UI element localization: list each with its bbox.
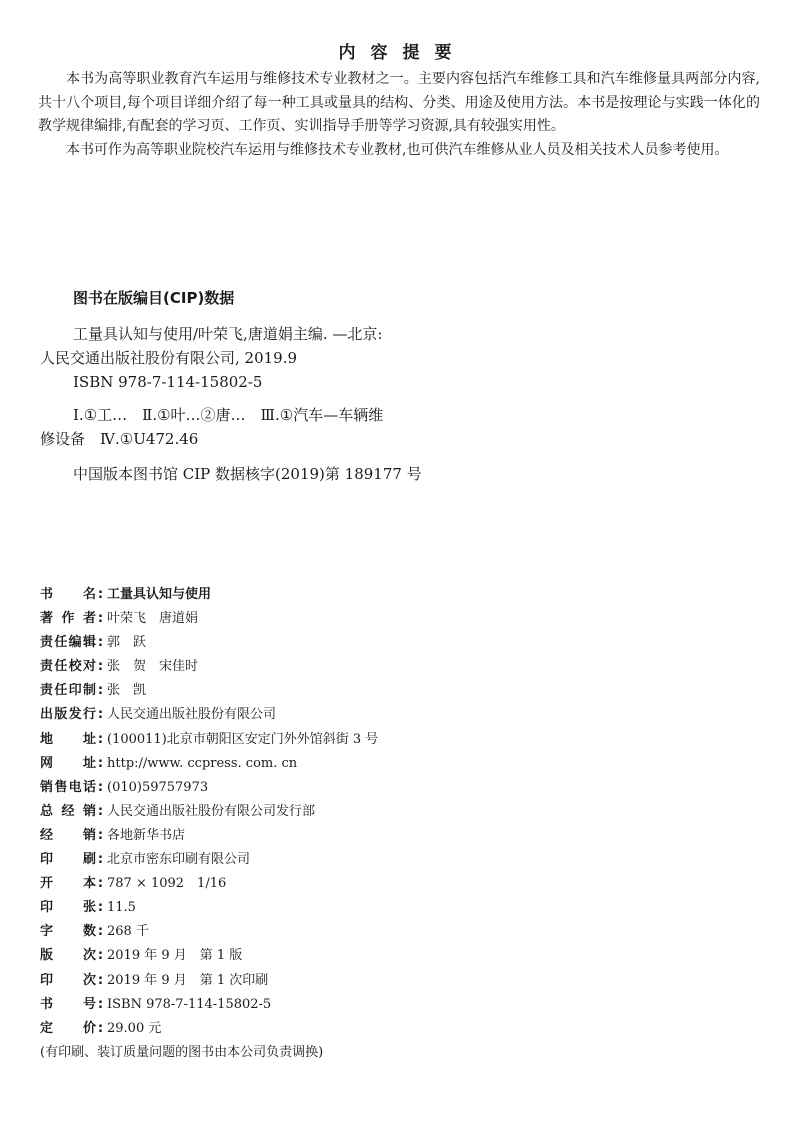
imprint-label-char: 书 bbox=[40, 583, 53, 607]
imprint-colon: : bbox=[96, 944, 105, 968]
imprint-value: 11.5 bbox=[105, 896, 136, 920]
imprint-label: 定价 bbox=[40, 1017, 96, 1041]
imprint-value: 2019 年 9 月 第 1 版 bbox=[105, 944, 242, 968]
imprint-row: 开本:787 × 1092 1/16 bbox=[40, 872, 378, 896]
imprint-row: 印刷:北京市密东印刷有限公司 bbox=[40, 848, 378, 872]
imprint-label: 印次 bbox=[40, 969, 96, 993]
cip-publisher-line: 人民交通出版社股份有限公司, 2019.9 bbox=[40, 346, 520, 370]
imprint-colon: : bbox=[96, 800, 105, 824]
imprint-colon: : bbox=[96, 655, 105, 679]
imprint-value: 人民交通出版社股份有限公司 bbox=[105, 703, 276, 727]
imprint-row: 书号:ISBN 978-7-114-15802-5 bbox=[40, 993, 378, 1017]
imprint-label-char: 书 bbox=[40, 993, 53, 1017]
imprint-value: 张 凯 bbox=[105, 679, 146, 703]
imprint-label: 地址 bbox=[40, 728, 96, 752]
imprint-label-char: 责 bbox=[40, 679, 53, 703]
imprint-row: 责任校对:张 贺 宋佳时 bbox=[40, 655, 378, 679]
imprint-value: 郭 跃 bbox=[105, 631, 146, 655]
imprint-label-char: 价 bbox=[83, 1017, 96, 1041]
imprint-label: 经销 bbox=[40, 824, 96, 848]
imprint-label-char: 售 bbox=[54, 776, 67, 800]
abstract-body: 本书为高等职业教育汽车运用与维修技术专业教材之一。主要内容包括汽车维修工具和汽车… bbox=[38, 68, 760, 162]
imprint-colon: : bbox=[96, 896, 105, 920]
imprint-label: 印刷 bbox=[40, 848, 96, 872]
imprint-colon: : bbox=[96, 752, 105, 776]
imprint-colon: : bbox=[96, 728, 105, 752]
imprint-label: 出版发行 bbox=[40, 703, 96, 727]
imprint-value: 北京市密东印刷有限公司 bbox=[105, 848, 250, 872]
imprint-colon: : bbox=[96, 607, 105, 631]
imprint-row: 销售电话:(010)59757973 bbox=[40, 776, 378, 800]
imprint-label-char: 次 bbox=[83, 944, 96, 968]
imprint-value: http://www. ccpress. com. cn bbox=[105, 752, 297, 776]
imprint-row: 责任印制:张 凯 bbox=[40, 679, 378, 703]
imprint-row: 责任编辑:郭 跃 bbox=[40, 631, 378, 655]
imprint-row: 网址:http://www. ccpress. com. cn bbox=[40, 752, 378, 776]
imprint-label: 责任印制 bbox=[40, 679, 96, 703]
imprint-label-char: 销 bbox=[83, 800, 96, 824]
imprint-colon: : bbox=[96, 848, 105, 872]
imprint-label-char: 印 bbox=[40, 969, 53, 993]
imprint-label: 责任校对 bbox=[40, 655, 96, 679]
imprint-list: 书名:工量具认知与使用著作者:叶荣飞 唐道娟责任编辑:郭 跃责任校对:张 贺 宋… bbox=[40, 583, 378, 1065]
imprint-value: ISBN 978-7-114-15802-5 bbox=[105, 993, 271, 1017]
cip-block: 工量具认知与使用/叶荣飞,唐道娟主编. —北京: 人民交通出版社股份有限公司, … bbox=[40, 322, 520, 486]
imprint-label-char: 出 bbox=[40, 703, 53, 727]
imprint-label: 书名 bbox=[40, 583, 96, 607]
imprint-label-char: 经 bbox=[40, 824, 53, 848]
imprint-label-char: 编 bbox=[69, 631, 82, 655]
imprint-label-char: 行 bbox=[83, 703, 96, 727]
abstract-paragraph: 本书可作为高等职业院校汽车运用与维修技术专业教材,也可供汽车维修从业人员及相关技… bbox=[38, 139, 760, 163]
imprint-label-char: 话 bbox=[83, 776, 96, 800]
imprint-label: 网址 bbox=[40, 752, 96, 776]
imprint-row: 著作者:叶荣飞 唐道娟 bbox=[40, 607, 378, 631]
imprint-label-char: 任 bbox=[54, 655, 67, 679]
imprint-label-char: 者 bbox=[83, 607, 96, 631]
imprint-label-char: 总 bbox=[40, 800, 53, 824]
imprint-label-char: 电 bbox=[69, 776, 82, 800]
imprint-label-char: 制 bbox=[83, 679, 96, 703]
imprint-label-char: 责 bbox=[40, 631, 53, 655]
imprint-label-char: 辑 bbox=[83, 631, 96, 655]
imprint-label-char: 名 bbox=[83, 583, 96, 607]
imprint-label-char: 任 bbox=[54, 679, 67, 703]
imprint-label-char: 次 bbox=[83, 969, 96, 993]
imprint-label-char: 字 bbox=[40, 920, 53, 944]
cip-title-line: 工量具认知与使用/叶荣飞,唐道娟主编. —北京: bbox=[40, 322, 520, 346]
imprint-label: 印张 bbox=[40, 896, 96, 920]
imprint-value: 268 千 bbox=[105, 920, 149, 944]
imprint-row: 出版发行:人民交通出版社股份有限公司 bbox=[40, 703, 378, 727]
imprint-label: 销售电话 bbox=[40, 776, 96, 800]
imprint-value: (010)59757973 bbox=[105, 776, 208, 800]
imprint-label-char: 版 bbox=[54, 703, 67, 727]
imprint-row: 总经销:人民交通出版社股份有限公司发行部 bbox=[40, 800, 378, 824]
imprint-colon: : bbox=[96, 703, 105, 727]
quality-guarantee-note: (有印刷、装订质量问题的图书由本公司负责调换) bbox=[40, 1041, 378, 1065]
imprint-label-char: 版 bbox=[40, 944, 53, 968]
imprint-label-char: 数 bbox=[83, 920, 96, 944]
imprint-label-char: 著 bbox=[40, 607, 53, 631]
imprint-label: 字数 bbox=[40, 920, 96, 944]
imprint-label-char: 址 bbox=[83, 728, 96, 752]
imprint-label-char: 印 bbox=[40, 848, 53, 872]
imprint-row: 定价:29.00 元 bbox=[40, 1017, 378, 1041]
imprint-colon: : bbox=[96, 969, 105, 993]
imprint-label: 总经销 bbox=[40, 800, 96, 824]
imprint-label-char: 校 bbox=[69, 655, 82, 679]
imprint-label: 开本 bbox=[40, 872, 96, 896]
imprint-row: 书名:工量具认知与使用 bbox=[40, 583, 378, 607]
imprint-label-char: 发 bbox=[69, 703, 82, 727]
imprint-colon: : bbox=[96, 920, 105, 944]
imprint-colon: : bbox=[96, 631, 105, 655]
imprint-label-char: 销 bbox=[40, 776, 53, 800]
imprint-row: 印次:2019 年 9 月 第 1 次印刷 bbox=[40, 969, 378, 993]
imprint-value: 29.00 元 bbox=[105, 1017, 161, 1041]
imprint-value: 各地新华书店 bbox=[105, 824, 185, 848]
imprint-value: 工量具认知与使用 bbox=[105, 583, 211, 607]
cip-classification-line-cont: 修设备 Ⅳ.①U472.46 bbox=[40, 427, 520, 451]
imprint-label-char: 定 bbox=[40, 1017, 53, 1041]
imprint-row: 版次:2019 年 9 月 第 1 版 bbox=[40, 944, 378, 968]
imprint-colon: : bbox=[96, 776, 105, 800]
imprint-label-char: 责 bbox=[40, 655, 53, 679]
imprint-label-char: 任 bbox=[54, 631, 67, 655]
imprint-label-char: 号 bbox=[83, 993, 96, 1017]
imprint-label-char: 刷 bbox=[83, 848, 96, 872]
imprint-label-char: 对 bbox=[83, 655, 96, 679]
imprint-colon: : bbox=[96, 1017, 105, 1041]
imprint-colon: : bbox=[96, 679, 105, 703]
imprint-value: 2019 年 9 月 第 1 次印刷 bbox=[105, 969, 268, 993]
imprint-label-char: 张 bbox=[83, 896, 96, 920]
imprint-value: 787 × 1092 1/16 bbox=[105, 872, 226, 896]
imprint-label-char: 作 bbox=[61, 607, 74, 631]
imprint-label-char: 销 bbox=[83, 824, 96, 848]
imprint-value: 人民交通出版社股份有限公司发行部 bbox=[105, 800, 315, 824]
cip-heading: 图书在版编目(CIP)数据 bbox=[73, 287, 234, 308]
imprint-label-char: 经 bbox=[61, 800, 74, 824]
imprint-label-char: 网 bbox=[40, 752, 53, 776]
imprint-label-char: 印 bbox=[40, 896, 53, 920]
imprint-colon: : bbox=[96, 824, 105, 848]
imprint-label-char: 本 bbox=[83, 872, 96, 896]
imprint-colon: : bbox=[96, 993, 105, 1017]
imprint-colon: : bbox=[96, 872, 105, 896]
imprint-label-char: 印 bbox=[69, 679, 82, 703]
imprint-label: 书号 bbox=[40, 993, 96, 1017]
abstract-paragraph: 本书为高等职业教育汽车运用与维修技术专业教材之一。主要内容包括汽车维修工具和汽车… bbox=[38, 68, 760, 139]
imprint-label-char: 址 bbox=[83, 752, 96, 776]
imprint-row: 字数:268 千 bbox=[40, 920, 378, 944]
imprint-row: 印张:11.5 bbox=[40, 896, 378, 920]
imprint-label-char: 开 bbox=[40, 872, 53, 896]
imprint-value: 张 贺 宋佳时 bbox=[105, 655, 198, 679]
imprint-value: 叶荣飞 唐道娟 bbox=[105, 607, 198, 631]
imprint-label: 责任编辑 bbox=[40, 631, 96, 655]
cip-classification-line: Ⅰ.①工… Ⅱ.①叶…②唐… Ⅲ.①汽车—车辆维 bbox=[40, 403, 520, 427]
imprint-label: 版次 bbox=[40, 944, 96, 968]
imprint-label-char: 地 bbox=[40, 728, 53, 752]
imprint-row: 经销:各地新华书店 bbox=[40, 824, 378, 848]
imprint-row: 地址:(100011)北京市朝阳区安定门外外馆斜街 3 号 bbox=[40, 728, 378, 752]
abstract-title: 内容提要 bbox=[0, 38, 790, 63]
cip-record-number: 中国版本图书馆 CIP 数据核字(2019)第 189177 号 bbox=[40, 462, 520, 486]
imprint-value: (100011)北京市朝阳区安定门外外馆斜街 3 号 bbox=[105, 728, 378, 752]
imprint-colon: : bbox=[96, 583, 105, 607]
imprint-label: 著作者 bbox=[40, 607, 96, 631]
cip-isbn-line: ISBN 978-7-114-15802-5 bbox=[40, 370, 520, 394]
copyright-page: 内容提要 本书为高等职业教育汽车运用与维修技术专业教材之一。主要内容包括汽车维修… bbox=[0, 0, 790, 1141]
